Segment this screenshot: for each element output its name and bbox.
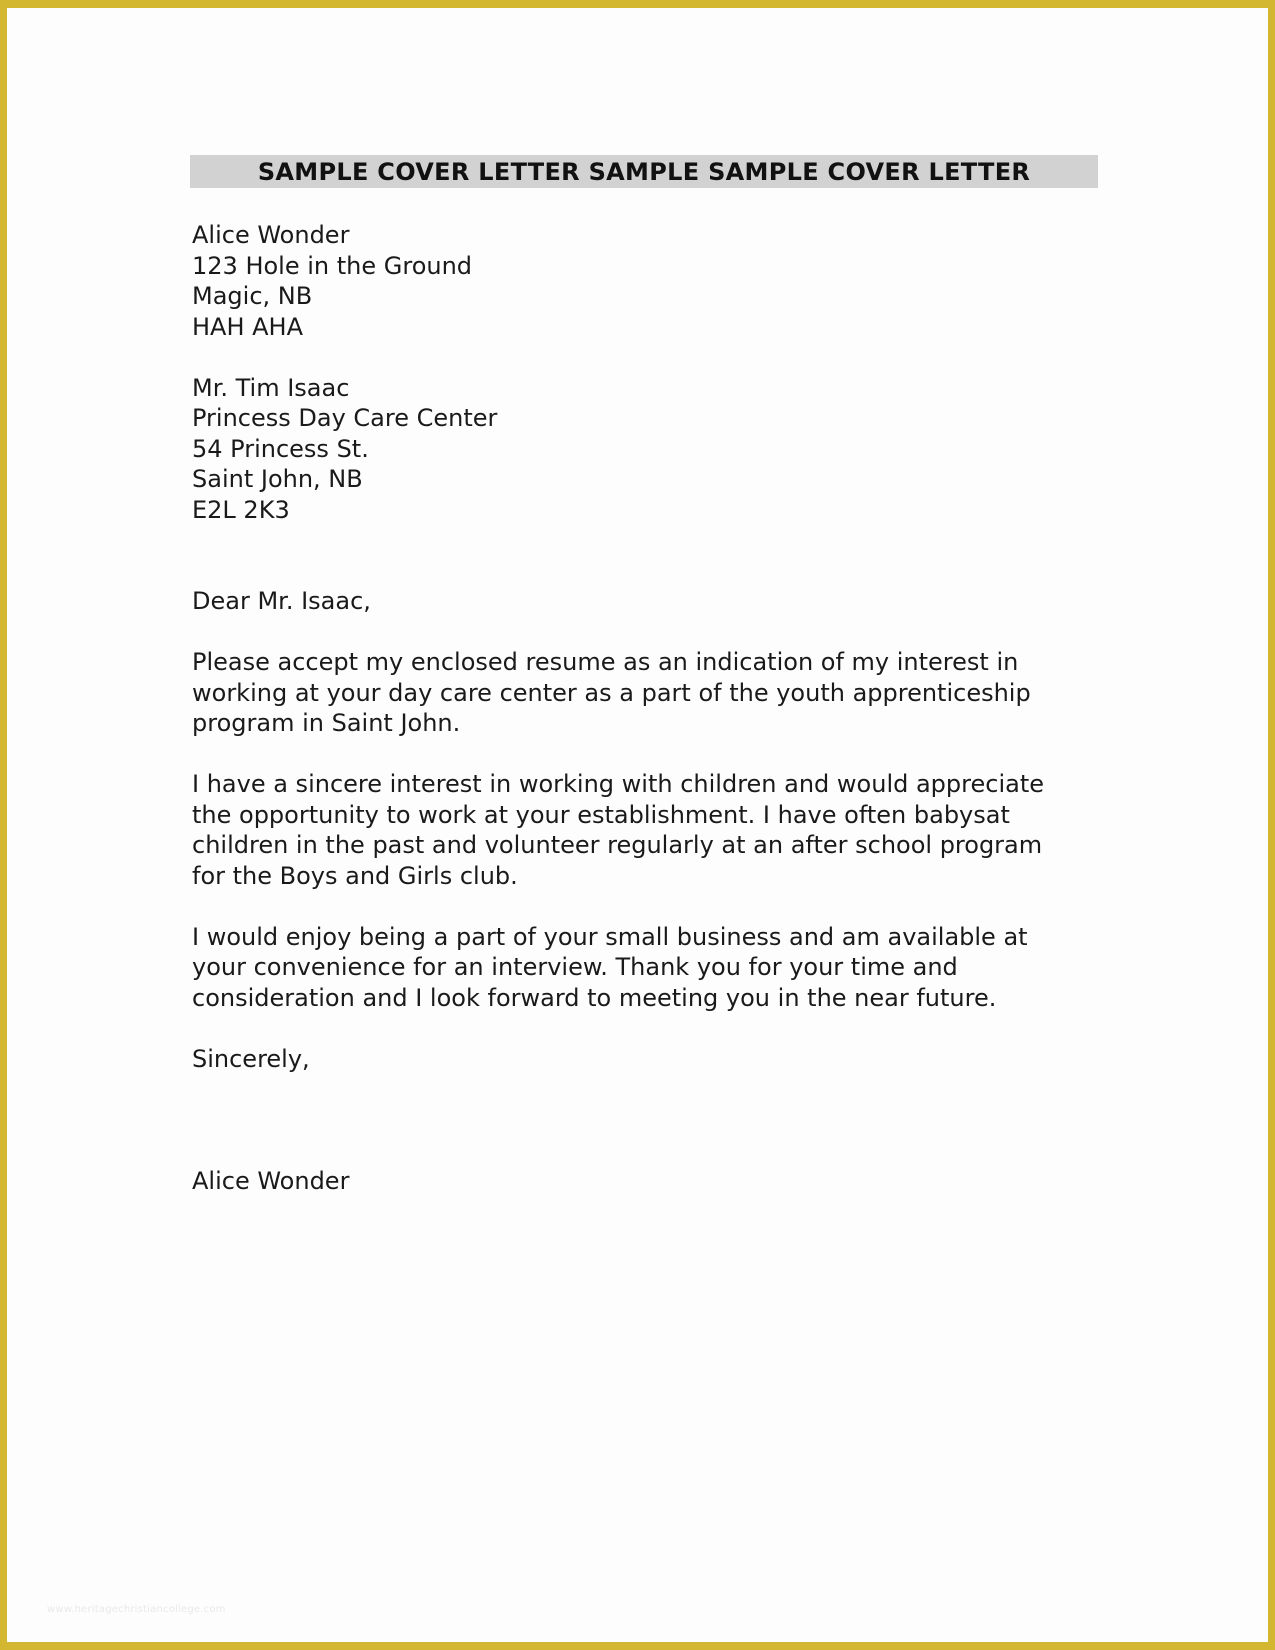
recipient-postal: E2L 2K3: [192, 495, 1102, 526]
paragraph-line: working at your day care center as a par…: [192, 678, 1102, 709]
sender-postal: HAH AHA: [192, 312, 1102, 343]
paragraph-line: children in the past and volunteer regul…: [192, 830, 1102, 861]
recipient-name: Mr. Tim Isaac: [192, 373, 1102, 404]
recipient-company: Princess Day Care Center: [192, 403, 1102, 434]
paragraph-2: I have a sincere interest in working wit…: [192, 769, 1102, 891]
closing: Sincerely,: [192, 1044, 1102, 1075]
recipient-city: Saint John, NB: [192, 464, 1102, 495]
sender-city: Magic, NB: [192, 281, 1102, 312]
paragraph-line: program in Saint John.: [192, 708, 1102, 739]
closing-line: Sincerely,: [192, 1044, 1102, 1075]
paragraph-line: I would enjoy being a part of your small…: [192, 922, 1102, 953]
sender-name: Alice Wonder: [192, 220, 1102, 251]
sender-address: Alice Wonder 123 Hole in the Ground Magi…: [192, 220, 1102, 342]
paragraph-line: I have a sincere interest in working wit…: [192, 769, 1102, 800]
paragraph-line: consideration and I look forward to meet…: [192, 983, 1102, 1014]
recipient-address: Mr. Tim Isaac Princess Day Care Center 5…: [192, 373, 1102, 526]
paragraph-line: Please accept my enclosed resume as an i…: [192, 647, 1102, 678]
signature-name: Alice Wonder: [192, 1166, 1102, 1197]
title-bar: SAMPLE COVER LETTER SAMPLE SAMPLE COVER …: [190, 155, 1098, 188]
paragraph-1: Please accept my enclosed resume as an i…: [192, 647, 1102, 739]
sender-street: 123 Hole in the Ground: [192, 251, 1102, 282]
salutation-line: Dear Mr. Isaac,: [192, 586, 1102, 617]
paragraph-3: I would enjoy being a part of your small…: [192, 922, 1102, 1014]
paragraph-line: for the Boys and Girls club.: [192, 861, 1102, 892]
paragraph-line: the opportunity to work at your establis…: [192, 800, 1102, 831]
letter-page: SAMPLE COVER LETTER SAMPLE SAMPLE COVER …: [0, 0, 1275, 1650]
signature: Alice Wonder: [192, 1166, 1102, 1197]
paragraph-line: your convenience for an interview. Thank…: [192, 952, 1102, 983]
letter-body: Alice Wonder 123 Hole in the Ground Magi…: [192, 220, 1102, 1196]
page-title: SAMPLE COVER LETTER SAMPLE SAMPLE COVER …: [258, 158, 1030, 186]
watermark-text: www.heritagechristiancollege.com: [47, 1604, 226, 1615]
recipient-street: 54 Princess St.: [192, 434, 1102, 465]
salutation: Dear Mr. Isaac,: [192, 586, 1102, 617]
